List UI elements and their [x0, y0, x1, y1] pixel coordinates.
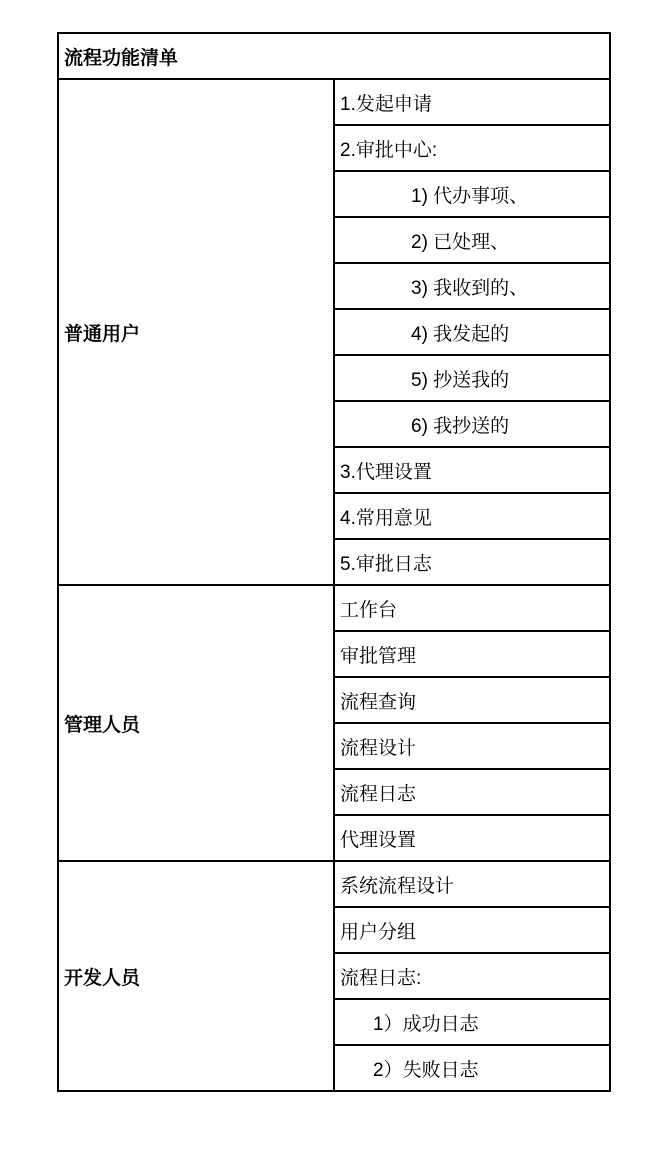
group-label-developer: 开发人员: [58, 861, 334, 1091]
list-item: 用户分组: [334, 907, 610, 953]
list-item: 审批管理: [334, 631, 610, 677]
list-item: 流程日志: [334, 769, 610, 815]
list-subitem: 1) 代办事项、: [334, 171, 610, 217]
list-subitem: 3) 我收到的、: [334, 263, 610, 309]
list-item: 流程查询: [334, 677, 610, 723]
list-item: 3.代理设置: [334, 447, 610, 493]
list-item: 4.常用意见: [334, 493, 610, 539]
list-item: 2.审批中心:: [334, 125, 610, 171]
list-subitem: 2）失败日志: [334, 1045, 610, 1091]
list-item: 5.审批日志: [334, 539, 610, 585]
list-subitem: 1）成功日志: [334, 999, 610, 1045]
list-subitem: 4) 我发起的: [334, 309, 610, 355]
group-label-admin: 管理人员: [58, 585, 334, 861]
group-label-normal-user: 普通用户: [58, 79, 334, 585]
list-item: 代理设置: [334, 815, 610, 861]
table-row: 开发人员 系统流程设计: [58, 861, 610, 907]
list-item: 1.发起申请: [334, 79, 610, 125]
list-item: 流程设计: [334, 723, 610, 769]
table-row: 普通用户 1.发起申请: [58, 79, 610, 125]
table-title: 流程功能清单: [58, 33, 610, 79]
table-title-row: 流程功能清单: [58, 33, 610, 79]
list-item: 系统流程设计: [334, 861, 610, 907]
table-row: 管理人员 工作台: [58, 585, 610, 631]
list-subitem: 2) 已处理、: [334, 217, 610, 263]
function-list-table: 流程功能清单 普通用户 1.发起申请 2.审批中心: 1) 代办事项、 2) 已…: [57, 32, 611, 1092]
list-item: 流程日志:: [334, 953, 610, 999]
list-subitem: 5) 抄送我的: [334, 355, 610, 401]
list-subitem: 6) 我抄送的: [334, 401, 610, 447]
list-item: 工作台: [334, 585, 610, 631]
